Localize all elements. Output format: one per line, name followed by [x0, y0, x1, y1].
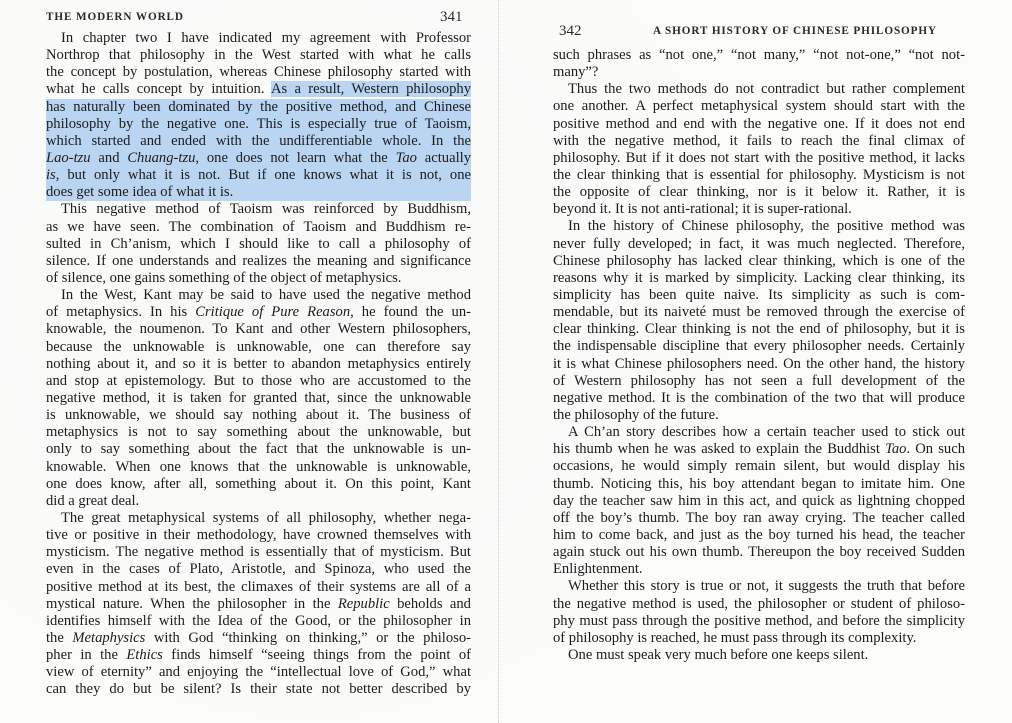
page-gutter: [498, 0, 499, 723]
text-line: clear thinking. Clear thinking is not th…: [553, 321, 965, 338]
text-line: day the teacher saw him in this act, and…: [553, 493, 965, 510]
text-line: mysticism. The negative method is essent…: [46, 544, 471, 561]
text-line: Thus the two methods do not contradict b…: [553, 81, 965, 98]
text-line: negative method, it is taken for granted…: [46, 390, 471, 407]
text-line: of metaphysics. In his Critique of Pure …: [46, 304, 471, 321]
text-line: mystical nature. When the philosopher in…: [46, 596, 471, 613]
page-number-right: 342: [559, 23, 582, 40]
text-line: thumb. Noticing this, his boy attendant …: [553, 476, 965, 493]
right-page: 342 A SHORT HISTORY OF CHINESE PHILOSOPH…: [500, 0, 1012, 723]
text-line: Enlightenment.: [553, 561, 965, 578]
right-page-body[interactable]: such phrases as “not one,” “not many,” “…: [553, 47, 965, 664]
text-line: because the unknowable is unknowable, on…: [46, 339, 471, 356]
text-line: tive or positive in their methodology, h…: [46, 527, 471, 544]
text-line: one another. A perfect metaphysical syst…: [553, 98, 965, 115]
text-line: nothing about it, and so it is better to…: [46, 356, 471, 373]
text-line: of Western philosophy has not seen a ful…: [553, 373, 965, 390]
text-line: This negative method of Taoism was reinf…: [46, 201, 471, 218]
text-line: knowable, the noumenon. To Kant and othe…: [46, 321, 471, 338]
text-line: his thumb when he was asked to explain t…: [553, 441, 965, 458]
text-line: metaphysics is not to say something abou…: [46, 424, 471, 441]
text-line: him to come back, and just as the boy tu…: [553, 527, 965, 544]
text-line: does get some idea of what it is.: [46, 184, 471, 201]
text-line: many”?: [553, 64, 965, 81]
text-line: has naturally been dominated by the posi…: [46, 99, 471, 116]
text-line: off the boy’s thumb. The boy ran away cr…: [553, 510, 965, 527]
text-line: reasons why it is marked by simplicity. …: [553, 270, 965, 287]
text-line: which started and ended with the undiffe…: [46, 133, 471, 150]
text-line: never fully developed; in fact, it was m…: [553, 236, 965, 253]
text-line: philosophy by the negative one. This is …: [46, 116, 471, 133]
text-line: the indispensable discipline that every …: [553, 338, 965, 355]
text-line: Lao-tzu and Chuang-tzu, one does not lea…: [46, 150, 471, 167]
text-line: positive method at its best, the climaxe…: [46, 579, 471, 596]
text-line: did a great deal.: [46, 493, 471, 510]
text-line: beyond it. It is not anti-rational; it i…: [553, 201, 965, 218]
text-line: In the history of Chinese philosophy, th…: [553, 218, 965, 235]
text-line: knowable. When one knows that the unknow…: [46, 459, 471, 476]
text-line: mendable, but its naiveté must be remove…: [553, 304, 965, 321]
text-line: The great metaphysical systems of all ph…: [46, 510, 471, 527]
text-line: of silence, one gains something of the o…: [46, 270, 471, 287]
text-line: In the West, Kant may be said to have us…: [46, 287, 471, 304]
text-line: such phrases as “not one,” “not many,” “…: [553, 47, 965, 64]
text-line: occasions, he would simply remain silent…: [553, 458, 965, 475]
text-line: A Ch’an story describes how a certain te…: [553, 424, 965, 441]
text-line: the clear thinking that is essential for…: [553, 167, 965, 184]
text-line: again stuck out his own thumb. Thereupon…: [553, 544, 965, 561]
text-line: sulted in Ch’anism, which I should like …: [46, 236, 471, 253]
text-line: the Metaphysics with God “thinking on th…: [46, 630, 471, 647]
text-line: In chapter two I have indicated my agree…: [46, 30, 471, 47]
text-line: the philosophy of the future.: [553, 407, 965, 424]
text-line: One must speak very much before one keep…: [553, 647, 965, 664]
left-page-body[interactable]: In chapter two I have indicated my agree…: [46, 30, 471, 698]
text-line: only to say something about the fact tha…: [46, 441, 471, 458]
running-head-right: A SHORT HISTORY OF CHINESE PHILOSOPHY: [653, 25, 937, 37]
book-spread: THE MODERN WORLD 341 In chapter two I ha…: [0, 0, 1012, 723]
text-line: is, but only what it is not. But if one …: [46, 167, 471, 184]
text-line: negative method. It is the combination o…: [553, 390, 965, 407]
text-run: what he calls concept by intuition.: [46, 81, 271, 97]
text-line: can they do but be silent? Is their stat…: [46, 681, 471, 698]
text-line: one does know, after all, something abou…: [46, 476, 471, 493]
text-line: positive method and end with the negativ…: [553, 116, 965, 133]
text-line: phy must pass through the positive metho…: [553, 613, 965, 630]
text-line: philosophy. But if it does not start wit…: [553, 150, 965, 167]
text-line: view of eternity” and enjoying the “inte…: [46, 664, 471, 681]
text-line: the opposite of clear thinking, nor is i…: [553, 184, 965, 201]
text-line: the concept by postulation, whereas Chin…: [46, 64, 471, 81]
text-line: identifies himself with the Idea of the …: [46, 613, 471, 630]
text-line: Chinese philosophy has lacked clear thin…: [553, 253, 965, 270]
highlighted-text: As a result, Western philosophy: [271, 81, 471, 97]
text-line: pher in the Ethics finds himself “seeing…: [46, 647, 471, 664]
text-line: simplicity has been quite naive. Its sim…: [553, 287, 965, 304]
text-line: even in the cases of Plato, Aristotle, a…: [46, 561, 471, 578]
text-line: the negative method is used, the philoso…: [553, 596, 965, 613]
text-line: Whether this story is true or not, it su…: [553, 578, 965, 595]
text-line: it is what Chinese philosophers need. On…: [553, 356, 965, 373]
text-line: with the negative method, it fails to re…: [553, 133, 965, 150]
left-page: THE MODERN WORLD 341 In chapter two I ha…: [0, 0, 498, 723]
text-line: Northrop that philosophy in the West sta…: [46, 47, 471, 64]
text-line: silence. If one understands and realizes…: [46, 253, 471, 270]
text-line: what he calls concept by intuition. As a…: [46, 81, 471, 98]
text-line: is unknowable, we should say nothing abo…: [46, 407, 471, 424]
text-line: as we have seen. The combination of Taoi…: [46, 219, 471, 236]
text-line: of philosophy is reached, he must pass t…: [553, 630, 965, 647]
page-number-left: 341: [440, 9, 463, 26]
running-head-left: THE MODERN WORLD: [46, 11, 184, 23]
text-line: and stop at epistemology. But to those w…: [46, 373, 471, 390]
